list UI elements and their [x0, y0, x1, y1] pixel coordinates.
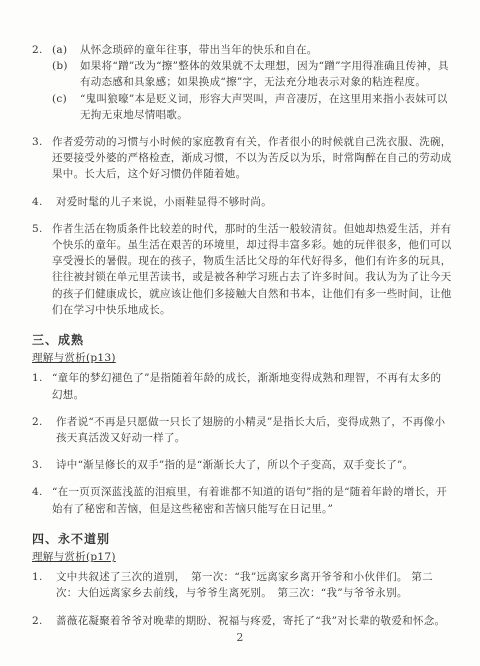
answer-text: 文中共叙述了三次的道别， 第一次：“我”远离家乡离开爷爷和小伙伴们。 第二次：大…	[56, 569, 452, 601]
item-number: 5.	[32, 221, 52, 237]
answer-item: 3. 诗中“渐呈修长的双手”指的是“渐渐长大了，所以个子变高，双手变长了”。	[32, 457, 452, 473]
answer-text: 如果将“蹭”改为“擦”整体的效果就不太理想，因为“蹭”字用得准确且传神，具有动态…	[80, 58, 452, 90]
item-number: 4.	[32, 194, 56, 210]
item-number: 2.	[32, 42, 52, 58]
item-number: 2.	[32, 414, 56, 430]
sub-answer-c: (c) “鬼叫狼嚎”本是贬义词，形容大声哭叫，声音凄厉，在这里用来指小表妹可以无…	[52, 91, 452, 123]
answer-item: 2. 蔷薇花凝聚着爷爷对晚辈的期盼、祝福与疼爱，寄托了“我”对长辈的敬爱和怀念。	[32, 613, 452, 629]
page-number: 2	[0, 630, 480, 646]
item-number: 4.	[32, 484, 52, 500]
answer-text: 从怀念琐碎的童年往事，带出当年的快乐和自在。	[80, 42, 452, 58]
item-number: 1.	[32, 569, 56, 585]
answer-text: “童年的梦幻褪色了”是指随着年龄的成长，渐渐地变得成熟和理智，不再有太多的幻想。	[52, 370, 452, 402]
item-number: 2.	[32, 613, 56, 629]
answer-item: 1. “童年的梦幻褪色了”是指随着年龄的成长，渐渐地变得成熟和理智，不再有太多的…	[32, 370, 452, 402]
answer-item-4: 4. 对爱时髦的儿子来说，小雨鞋显得不够时尚。	[32, 194, 452, 210]
section-subtitle: 理解与赏析(p13)	[32, 350, 452, 366]
answer-text: 作者说“不再是只愿做一只长了翅膀的小精灵”是指长大后，变得成熟了，不再像小孩天真…	[56, 414, 452, 446]
answer-text: 作者爱劳动的习惯与小时候的家庭教育有关，作者很小的时候就自己洗衣服、洗碗，还要接…	[52, 134, 452, 183]
sub-label: (a)	[52, 42, 80, 58]
answer-text: “鬼叫狼嚎”本是贬义词，形容大声哭叫，声音凄厉，在这里用来指小表妹可以无拘无束地…	[80, 91, 452, 123]
section-chengshu: 三、成熟 理解与赏析(p13) 1. “童年的梦幻褪色了”是指随着年龄的成长，渐…	[32, 332, 452, 517]
answer-item: 4. “在一页页深蓝浅蓝的泪痕里，有着谁都不知道的语句”指的是“随着年龄的增长，…	[32, 484, 452, 516]
answer-text: 蔷薇花凝聚着爷爷对晚辈的期盼、祝福与疼爱，寄托了“我”对长辈的敬爱和怀念。	[56, 613, 452, 629]
section-title: 三、成熟	[32, 332, 452, 348]
answer-item-5: 5. 作者生活在物质条件比较差的时代，那时的生活一般较清贫。但她却热爱生活，并有…	[32, 221, 452, 318]
section-title: 四、永不道别	[32, 531, 452, 547]
sub-answer-b: (b) 如果将“蹭”改为“擦”整体的效果就不太理想，因为“蹭”字用得准确且传神，…	[52, 58, 452, 90]
sub-answers: (a) 从怀念琐碎的童年往事，带出当年的快乐和自在。 (b) 如果将“蹭”改为“…	[52, 42, 452, 123]
item-number: 1.	[32, 370, 52, 386]
answer-text: 作者生活在物质条件比较差的时代，那时的生活一般较清贫。但她却热爱生活，并有个快乐…	[52, 221, 452, 318]
sub-answer-a: (a) 从怀念琐碎的童年往事，带出当年的快乐和自在。	[52, 42, 452, 58]
document-page: 2. (a) 从怀念琐碎的童年往事，带出当年的快乐和自在。 (b) 如果将“蹭”…	[0, 0, 480, 666]
section-subtitle: 理解与赏析(p17)	[32, 549, 452, 565]
answer-text: “在一页页深蓝浅蓝的泪痕里，有着谁都不知道的语句”指的是“随着年龄的增长，开始有…	[52, 484, 452, 516]
answer-item: 1. 文中共叙述了三次的道别， 第一次：“我”远离家乡离开爷爷和小伙伴们。 第二…	[32, 569, 452, 601]
item-number: 3.	[32, 457, 56, 473]
sub-label: (b)	[52, 58, 80, 74]
answer-item: 2. 作者说“不再是只愿做一只长了翅膀的小精灵”是指长大后，变得成熟了，不再像小…	[32, 414, 452, 446]
section-yongbudaobie: 四、永不道别 理解与赏析(p17) 1. 文中共叙述了三次的道别， 第一次：“我…	[32, 531, 452, 629]
answer-item-2: 2. (a) 从怀念琐碎的童年往事，带出当年的快乐和自在。 (b) 如果将“蹭”…	[32, 42, 452, 123]
answer-text: 对爱时髦的儿子来说，小雨鞋显得不够时尚。	[56, 194, 452, 210]
sub-label: (c)	[52, 91, 80, 107]
answer-item-3: 3. 作者爱劳动的习惯与小时候的家庭教育有关，作者很小的时候就自己洗衣服、洗碗，…	[32, 134, 452, 183]
item-number: 3.	[32, 134, 52, 150]
answer-text: 诗中“渐呈修长的双手”指的是“渐渐长大了，所以个子变高，双手变长了”。	[56, 457, 452, 473]
